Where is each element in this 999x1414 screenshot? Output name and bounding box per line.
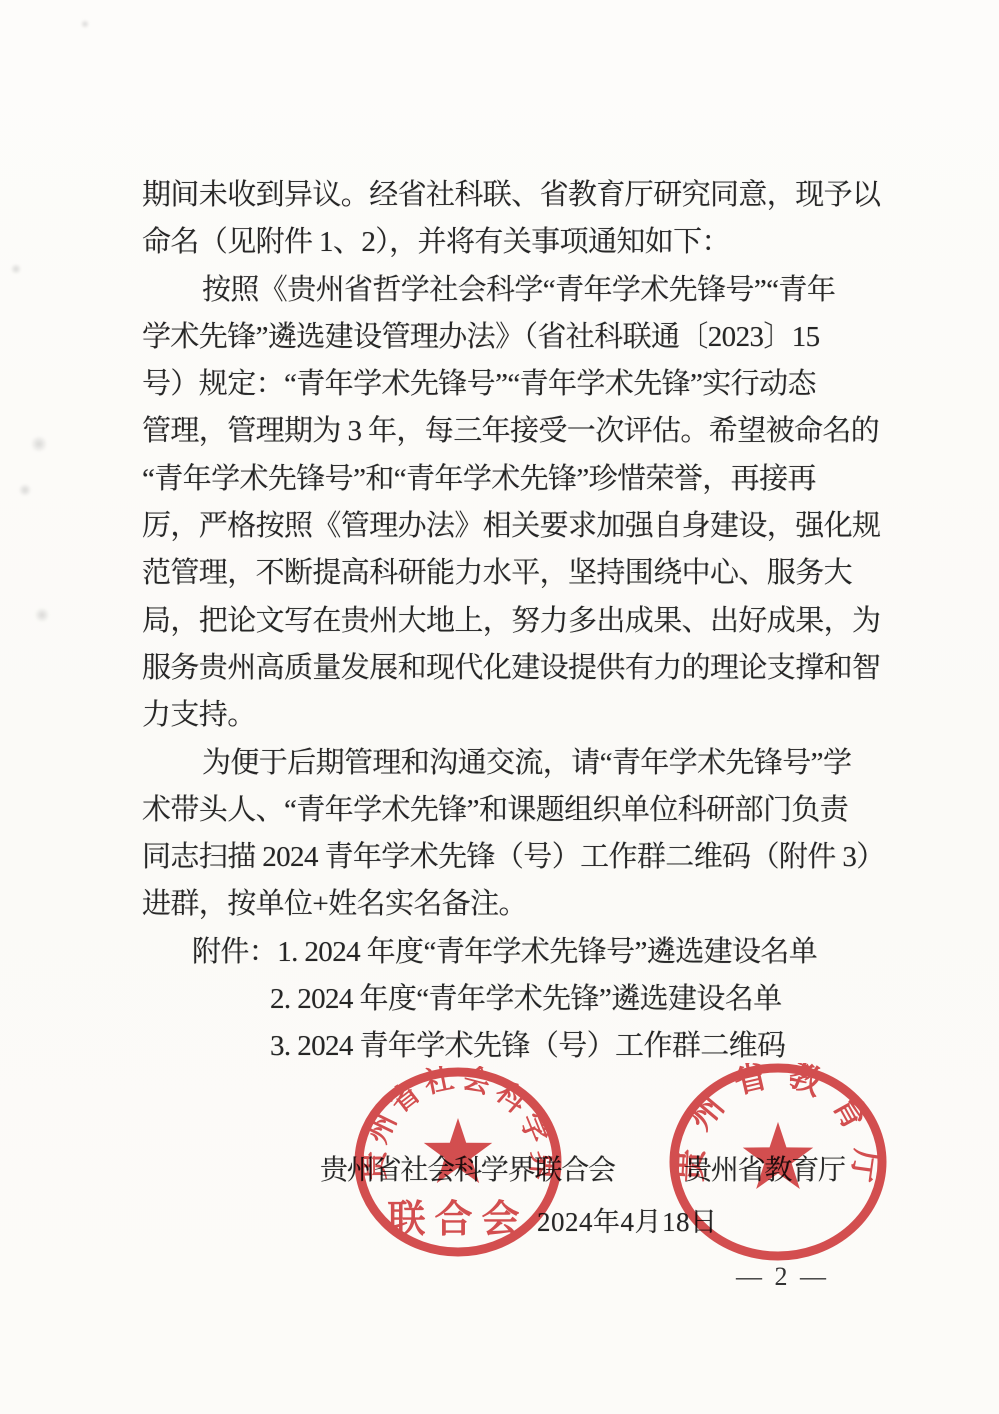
scan-smudge	[34, 608, 50, 622]
star-icon	[743, 1122, 813, 1189]
body-line: 学术先锋”遴选建设管理办法》（省社科联通〔2023〕15	[142, 314, 882, 361]
body-line: 按照《贵州省哲学社会科学“青年学术先锋号”“青年	[142, 267, 882, 314]
body-line: 管理，管理期为 3 年，每三年接受一次评估。希望被命名的	[142, 408, 882, 455]
scan-smudge	[10, 264, 22, 274]
page-number: — 2 —	[736, 1262, 829, 1292]
body-line: 力支持。	[142, 692, 882, 739]
body-line: 命名（见附件 1、2），并将有关事项通知如下：	[142, 219, 882, 266]
scan-smudge	[18, 484, 32, 496]
body-line: 厉，严格按照《管理办法》相关要求加强自身建设，强化规	[142, 503, 882, 550]
seal-bottom-text: 联合会	[387, 1199, 528, 1241]
body-line: 局，把论文写在贵州大地上，努力多出成果、出好成果，为	[142, 598, 882, 645]
body-line: “青年学术先锋号”和“青年学术先锋”珍惜荣誉，再接再	[142, 456, 882, 503]
star-icon	[424, 1118, 492, 1183]
seal-right: 贵州省教育厅	[666, 1063, 890, 1261]
body-line: 同志扫描 2024 青年学术先锋（号）工作群二维码（附件 3）	[142, 834, 882, 881]
scan-smudge	[30, 436, 48, 452]
scan-smudge	[80, 20, 90, 28]
body-line: 服务贵州高质量发展和现代化建设提供有力的理论支撑和智	[142, 645, 882, 692]
body-text: 期间未收到异议。经省社科联、省教育厅研究同意，现予以 命名（见附件 1、2），并…	[142, 172, 882, 1071]
body-line: 范管理，不断提高科研能力水平，坚持围绕中心、服务大	[142, 550, 882, 597]
body-line: 期间未收到异议。经省社科联、省教育厅研究同意，现予以	[142, 172, 882, 219]
attachment-line: 附件：1. 2024 年度“青年学术先锋号”遴选建设名单	[142, 929, 882, 976]
body-line: 进群，按单位+姓名实名备注。	[142, 881, 882, 928]
attachment-line: 2. 2024 年度“青年学术先锋”遴选建设名单	[142, 976, 882, 1023]
body-line: 术带头人、“青年学术先锋”和课题组织单位科研部门负责	[142, 787, 882, 834]
body-line: 号）规定：“青年学术先锋号”“青年学术先锋”实行动态	[142, 361, 882, 408]
body-line: 为便于后期管理和沟通交流，请“青年学术先锋号”学	[142, 740, 882, 787]
seal-left: 贵州省社会科学界 联合会	[348, 1066, 568, 1258]
document-page: 期间未收到异议。经省社科联、省教育厅研究同意，现予以 命名（见附件 1、2），并…	[0, 0, 999, 1414]
